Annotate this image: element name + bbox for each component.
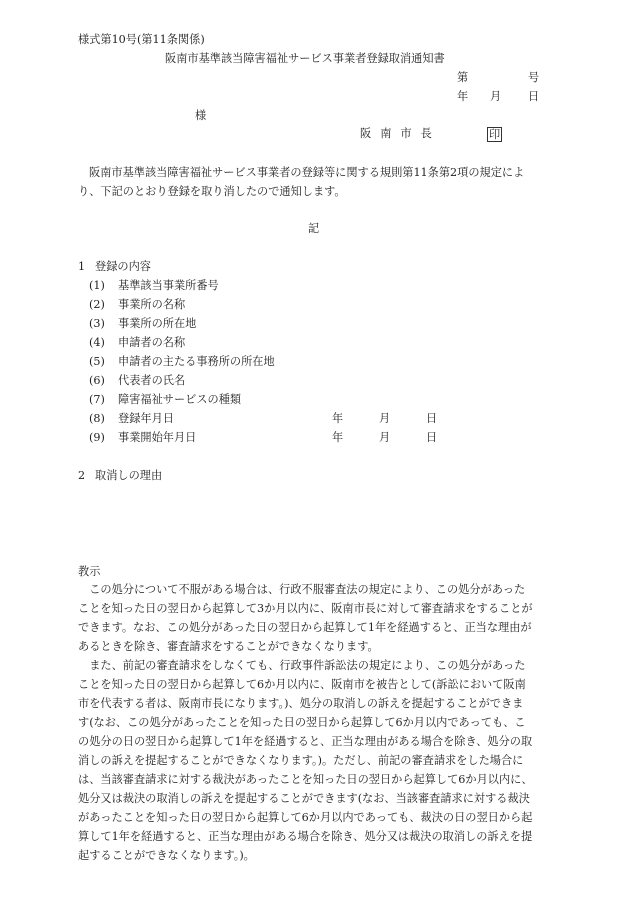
date-year: 年 <box>457 90 468 104</box>
instruction-line: は、当該審査請求に対する裁決があったことを知った日の翌日から起算して6か月以内に… <box>78 770 554 789</box>
item-label: 障害福祉サービスの種類 <box>118 393 241 407</box>
start-month: 月 <box>379 431 390 445</box>
item-number: (4) <box>89 336 105 350</box>
registration-year: 年 <box>332 412 343 426</box>
registration-day: 日 <box>426 412 437 426</box>
instruction-line: す(なお、この処分があったことを知った日の翌日から起算して6か月以内であっても、… <box>78 713 554 732</box>
instruction-heading: 教示 <box>78 565 100 579</box>
item-label: 事業所の名称 <box>118 298 185 312</box>
item-label: 事業開始年月日 <box>118 431 196 445</box>
instruction-line: 消しの訴えを提起することができなくなります。)。ただし、前記の審査請求をした場合… <box>78 751 554 770</box>
item-label: 代表者の氏名 <box>118 374 185 388</box>
item-label: 申請者の名称 <box>118 336 185 350</box>
instruction-line: 処分又は裁決の取消しの訴えを提起することができます(なお、当該審査請求に対する裁… <box>78 789 554 808</box>
date-day: 日 <box>528 90 539 104</box>
instruction-line: ことを知った日の翌日から起算して6か月以内に、阪南市を被告として(訴訟において阪… <box>78 675 554 694</box>
start-day: 日 <box>426 431 437 445</box>
section1-number: 1 <box>78 260 85 274</box>
intro-line: 阪南市基準該当障害福祉サービス事業者の登録等に関する規則第11条第2項の規定によ <box>78 163 554 182</box>
intro-paragraph: 阪南市基準該当障害福祉サービス事業者の登録等に関する規則第11条第2項の規定によ… <box>78 163 554 201</box>
instruction-line: 起することができなくなります。)。 <box>78 846 554 865</box>
form-number: 様式第10号(第11条関係) <box>78 33 205 47</box>
instruction-line: の処分の日の翌日から起算して1年を経過すると、正当な理由がある場合を除き、処分の… <box>78 732 554 751</box>
item-number: (5) <box>89 355 105 369</box>
item-label: 事業所の所在地 <box>118 317 196 331</box>
intro-line: り、下記のとおり登録を取り消したので通知します。 <box>78 182 554 201</box>
item-number: (6) <box>89 374 105 388</box>
item-number: (1) <box>89 279 105 293</box>
instruction-line: 市を代表する者は、阪南市長になります。)、処分の取消しの訴えを提起することができ… <box>78 694 554 713</box>
item-label: 基準該当事業所番号 <box>118 279 219 293</box>
item-number: (3) <box>89 317 105 331</box>
instruction-line: 算して1年を経過すると、正当な理由がある場合を除き、処分又は裁決の取消しの訴えを… <box>78 827 554 846</box>
date-month: 月 <box>490 90 501 104</box>
addressee-suffix: 様 <box>195 109 206 123</box>
document-title: 阪南市基準該当障害福祉サービス事業者登録取消通知書 <box>165 52 445 66</box>
instruction-line: あるときを除き、審査請求をすることができなくなります。 <box>78 637 554 656</box>
section1-heading: 登録の内容 <box>95 260 151 274</box>
item-label: 申請者の主たる事務所の所在地 <box>118 355 275 369</box>
issuer-name: 阪南市長 <box>360 127 441 141</box>
instruction-line: ことを知った日の翌日から起算して3か月以内に、阪南市長に対して審査請求をすること… <box>78 599 554 618</box>
item-number: (2) <box>89 298 105 312</box>
item-label: 登録年月日 <box>118 412 174 426</box>
instruction-line: があったことを知った日の翌日から起算して6か月以内であっても、裁決の日の翌日から… <box>78 808 554 827</box>
ki-heading: 記 <box>308 222 319 236</box>
item-number: (8) <box>89 412 105 426</box>
instruction-line: また、前記の審査請求をしなくても、行政事件訴訟法の規定により、この処分があった <box>78 656 554 675</box>
item-number: (9) <box>89 431 105 445</box>
start-year: 年 <box>332 431 343 445</box>
item-number: (7) <box>89 393 105 407</box>
seal-icon: 印 <box>487 127 502 142</box>
section2-number: 2 <box>78 469 85 483</box>
registration-month: 月 <box>379 412 390 426</box>
seal-mark: 印 <box>487 127 502 142</box>
instruction-line: できます。なお、この処分があった日の翌日から起算して1年を経過すると、正当な理由… <box>78 618 554 637</box>
number-suffix: 号 <box>528 71 539 85</box>
section2-heading: 取消しの理由 <box>95 469 162 483</box>
instruction-paragraph: この処分について不服がある場合は、行政不服審査法の規定により、この処分があった … <box>78 580 554 865</box>
number-prefix: 第 <box>457 71 468 85</box>
instruction-line: この処分について不服がある場合は、行政不服審査法の規定により、この処分があった <box>78 580 554 599</box>
